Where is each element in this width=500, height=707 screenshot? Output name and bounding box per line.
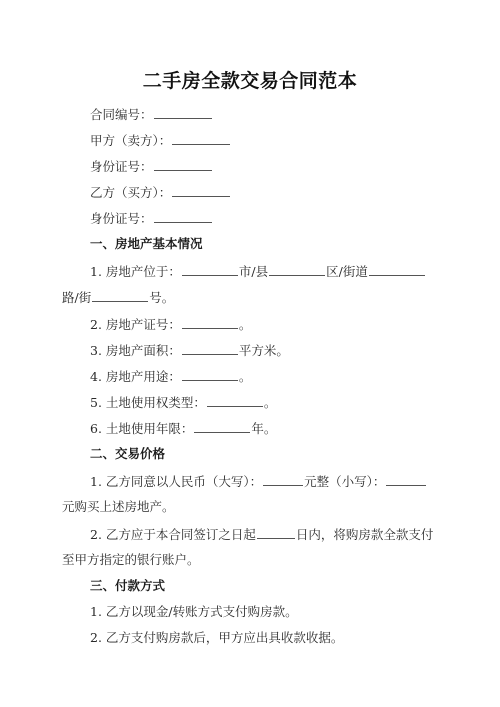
item-text: 日内，将购房款全款支付 [296,527,434,542]
property-area-blank[interactable] [182,342,238,355]
street-blank[interactable] [369,263,425,276]
item-label: 2. 房地产证号： [90,317,181,332]
party-b-field: 乙方（买方）： [90,184,231,201]
party-b-id-blank[interactable] [154,210,212,223]
land-right-type-line: 5. 土地使用权类型：。 [90,394,276,411]
party-b-id-field: 身份证号： [90,210,213,227]
document-title: 二手房全款交易合同范本 [0,66,500,93]
property-use-line: 4. 房地产用途：。 [90,368,251,385]
item-text: 。 [239,369,252,384]
payment-method-item-1: 1. 乙方以现金/转账方式支付购房款。 [90,604,298,620]
field-label: 乙方（买方）： [90,185,171,200]
item-text: 路/街 [62,290,91,305]
party-a-id-blank[interactable] [154,158,212,171]
field-label: 身份证号： [90,211,153,226]
land-use-term-line: 6. 土地使用年限：年。 [90,420,276,437]
item-label: 1. 房地产位于： [90,264,181,279]
price-line: 1. 乙方同意以人民币（大写）：元整（小写）： [90,473,427,490]
property-area-line: 3. 房地产面积：平方米。 [90,342,289,359]
contract-number-field: 合同编号： [90,106,213,123]
city-blank[interactable] [182,263,238,276]
item-label: 2. 乙方应于本合同签订之日起 [90,527,256,542]
party-b-blank[interactable] [172,184,230,197]
document-page: 二手房全款交易合同范本 合同编号： 甲方（卖方）： 身份证号： 乙方（买方）： … [0,0,500,707]
field-label: 身份证号： [90,159,153,174]
price-line-cont: 元购买上述房地产。 [62,499,175,515]
item-label: 3. 房地产面积： [90,343,181,358]
property-location-line: 1. 房地产位于：市/县区/街道 [90,263,426,280]
item-label: 5. 土地使用权类型： [90,395,206,410]
property-location-line-cont: 路/街号。 [62,289,174,306]
field-label: 合同编号： [90,107,153,122]
property-cert-blank[interactable] [182,316,238,329]
section-heading-price: 二、交易价格 [90,446,165,462]
item-text: 区/街道 [326,264,368,279]
property-use-blank[interactable] [182,368,238,381]
item-label: 6. 土地使用年限： [90,421,193,436]
land-use-term-blank[interactable] [194,420,250,433]
item-label: 4. 房地产用途： [90,369,181,384]
property-cert-line: 2. 房地产证号：。 [90,316,251,333]
number-blank[interactable] [92,289,148,302]
payment-days-blank[interactable] [257,526,295,539]
item-label: 1. 乙方同意以人民币（大写）： [90,474,262,489]
item-text: 号。 [149,290,174,305]
land-right-type-blank[interactable] [207,394,263,407]
party-a-field: 甲方（卖方）： [90,132,231,149]
item-text: 元整（小写）： [304,474,385,489]
section-heading-property-info: 一、房地产基本情况 [90,236,203,252]
contract-number-blank[interactable] [154,106,212,119]
price-lowercase-blank[interactable] [386,473,426,486]
party-a-id-field: 身份证号： [90,158,213,175]
item-text: 年。 [251,421,276,436]
payment-deadline-line: 2. 乙方应于本合同签订之日起日内，将购房款全款支付 [90,526,433,543]
item-text: 。 [239,317,252,332]
party-a-blank[interactable] [172,132,230,145]
field-label: 甲方（卖方）： [90,133,171,148]
section-heading-payment-method: 三、付款方式 [90,578,165,594]
price-uppercase-blank[interactable] [263,473,303,486]
item-text: 平方米。 [239,343,289,358]
payment-method-item-2: 2. 乙方支付购房款后，甲方应出具收款收据。 [90,630,343,646]
item-text: 市/县 [239,264,268,279]
payment-deadline-line-cont: 至甲方指定的银行账户。 [62,552,200,568]
district-blank[interactable] [269,263,325,276]
item-text: 。 [264,395,277,410]
